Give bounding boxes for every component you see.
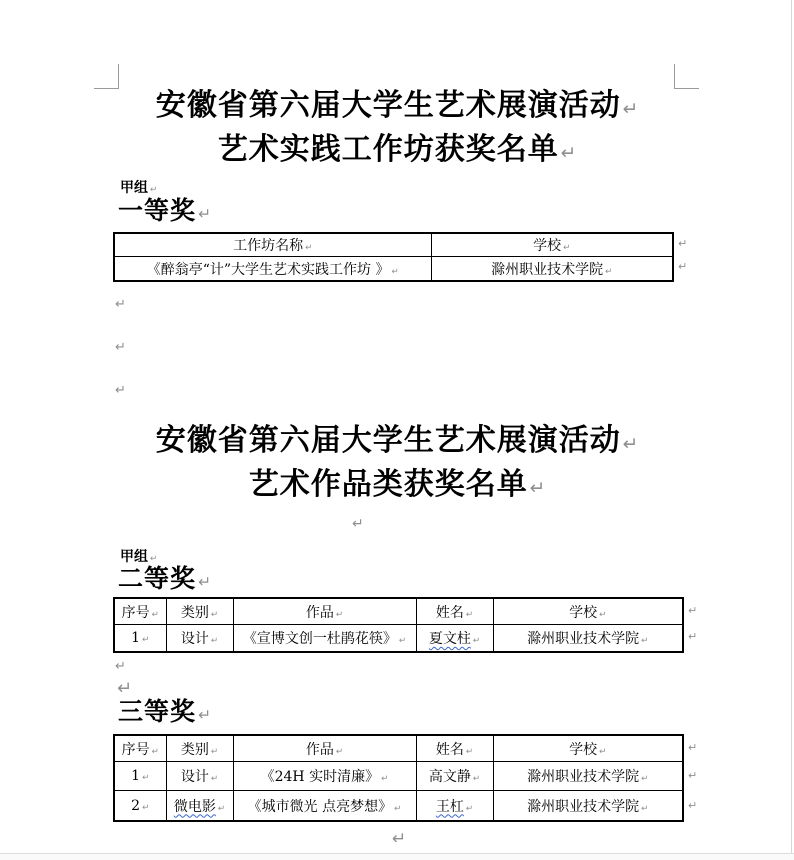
word-document-view: { "doc": { "pilcrow": "↵", "colors": { "…	[0, 0, 794, 860]
cell-text: 类别	[181, 605, 209, 621]
cell-end-mark: ↵	[142, 803, 149, 813]
cell-end-mark: ↵	[563, 243, 570, 253]
cell-end-mark: ↵	[399, 636, 406, 646]
cell-end-mark: ↵	[641, 804, 648, 814]
award-text: 三等奖	[118, 698, 196, 726]
cell-text: 高文静	[429, 769, 471, 785]
paragraph-mark: ↵	[623, 99, 639, 120]
cell-text-spellcheck: 微电影	[174, 799, 216, 815]
empty-paragraph-mark[interactable]: ↵	[352, 516, 364, 532]
header-cell-workshop-name[interactable]: 工作坊名称↵	[114, 233, 431, 257]
cell-end-mark: ↵	[152, 610, 159, 620]
cell-text: 设计	[181, 769, 209, 785]
cell-text-spellcheck: 王杠	[436, 799, 464, 815]
cell-text: 作品	[306, 605, 334, 621]
cell-end-mark: ↵	[466, 610, 473, 620]
cell-text: 学校	[569, 742, 597, 758]
empty-paragraph-mark[interactable]: ↵	[115, 659, 126, 674]
second-prize-heading[interactable]: 二等奖↵	[118, 564, 211, 597]
cell-text-spellcheck: 夏文柱	[429, 631, 471, 647]
cell-category[interactable]: 设计↵	[166, 762, 233, 791]
cell-end-mark: ↵	[152, 747, 159, 757]
cell-category[interactable]: 设计↵	[166, 625, 233, 653]
cell-end-mark: ↵	[142, 773, 149, 783]
empty-paragraph-mark[interactable]: ↵	[115, 297, 126, 312]
third-prize-table: 序号↵ 类别↵ 作品↵ 姓名↵ 学校↵ 1↵ 设计↵ 《24H 实时清廉》↵ 高…	[113, 734, 684, 822]
table-header-row: 工作坊名称↵ 学校↵	[114, 233, 673, 257]
cell-end-mark: ↵	[211, 747, 218, 757]
section1-title-line1[interactable]: 安徽省第六届大学生艺术展演活动↵	[0, 86, 794, 130]
cell-text: 《24H 实时清廉》	[261, 769, 379, 785]
group-text: 甲组	[120, 179, 148, 195]
row-end-mark: ↵	[688, 769, 697, 782]
cell-end-mark: ↵	[142, 635, 149, 645]
cell-text: 作品	[306, 742, 334, 758]
cell-end-mark: ↵	[599, 610, 606, 620]
table-header-row: 序号↵ 类别↵ 作品↵ 姓名↵ 学校↵	[114, 735, 683, 762]
cell-end-mark: ↵	[605, 267, 612, 277]
cell-end-mark: ↵	[473, 636, 480, 646]
cell-text: 1	[131, 630, 140, 646]
cell-text: 姓名	[436, 605, 464, 621]
cell-end-mark: ↵	[211, 610, 218, 620]
section2-title-line2[interactable]: 艺术作品类获奖名单↵	[0, 465, 794, 509]
cell-text: 类别	[181, 742, 209, 758]
cell-text: 姓名	[436, 742, 464, 758]
paragraph-mark: ↵	[198, 706, 211, 724]
cell-text: 工作坊名称	[233, 238, 303, 254]
cell-text: 《宣博文创一杜鹃花筷》	[243, 631, 397, 647]
cell-end-mark: ↵	[305, 243, 312, 253]
cell-text: 滁州职业技术学院	[527, 769, 639, 785]
cell-work[interactable]: 《城市微光 点亮梦想》↵	[233, 791, 416, 822]
row-end-mark: ↵	[678, 237, 687, 250]
header-cell-number[interactable]: 序号↵	[114, 598, 166, 625]
cell-end-mark: ↵	[641, 636, 648, 646]
cell-end-mark: ↵	[473, 774, 480, 784]
header-cell-category[interactable]: 类别↵	[166, 598, 233, 625]
cell-end-mark: ↵	[391, 267, 398, 277]
group-text: 甲组	[120, 548, 148, 564]
section2-title-line1[interactable]: 安徽省第六届大学生艺术展演活动↵	[0, 421, 794, 465]
area-below-page	[0, 854, 794, 860]
cell-text: 2	[131, 798, 140, 814]
row-end-mark: ↵	[678, 260, 687, 273]
cell-work[interactable]: 《24H 实时清廉》↵	[233, 762, 416, 791]
cell-end-mark: ↵	[599, 747, 606, 757]
cell-school[interactable]: 滁州职业技术学院↵	[431, 257, 673, 282]
table-row: 1↵ 设计↵ 《24H 实时清廉》↵ 高文静↵ 滁州职业技术学院↵	[114, 762, 683, 791]
second-prize-table: 序号↵ 类别↵ 作品↵ 姓名↵ 学校↵ 1↵ 设计↵ 《宣博文创一杜鹃花筷》↵ …	[113, 597, 684, 653]
paragraph-mark: ↵	[530, 478, 546, 499]
paragraph-mark: ↵	[561, 143, 577, 164]
title-text: 艺术作品类获奖名单	[249, 467, 528, 502]
cell-end-mark: ↵	[466, 804, 473, 814]
cell-text: 1	[131, 768, 140, 784]
header-cell-work[interactable]: 作品↵	[233, 598, 416, 625]
cell-work[interactable]: 《宣博文创一杜鹃花筷》↵	[233, 625, 416, 653]
paragraph-mark: ↵	[198, 205, 211, 223]
title-text: 安徽省第六届大学生艺术展演活动	[156, 88, 621, 123]
cell-text: 设计	[181, 631, 209, 647]
third-prize-heading[interactable]: 三等奖↵	[118, 697, 211, 730]
table-row: 2↵ 微电影↵ 《城市微光 点亮梦想》↵ 王杠↵ 滁州职业技术学院↵	[114, 791, 683, 822]
cell-number[interactable]: 1↵	[114, 762, 166, 791]
row-end-mark: ↵	[688, 604, 697, 617]
empty-paragraph-mark[interactable]: ↵	[115, 340, 126, 355]
cell-name[interactable]: 王杠↵	[416, 791, 493, 822]
header-cell-school[interactable]: 学校↵	[431, 233, 673, 257]
cell-end-mark: ↵	[641, 774, 648, 784]
cell-end-mark: ↵	[466, 747, 473, 757]
cell-number[interactable]: 1↵	[114, 625, 166, 653]
row-end-mark: ↵	[688, 741, 697, 754]
paragraph-mark: ↵	[150, 554, 157, 564]
table-row: 1↵ 设计↵ 《宣博文创一杜鹃花筷》↵ 夏文柱↵ 滁州职业技术学院↵	[114, 625, 683, 653]
cell-school[interactable]: 滁州职业技术学院↵	[493, 625, 683, 653]
cell-end-mark: ↵	[211, 636, 218, 646]
page-right-edge	[791, 0, 792, 860]
header-cell-work[interactable]: 作品↵	[233, 735, 416, 762]
empty-paragraph-mark[interactable]: ↵	[115, 383, 126, 398]
cell-end-mark: ↵	[336, 747, 343, 757]
cell-name[interactable]: 高文静↵	[416, 762, 493, 791]
cell-text: 滁州职业技术学院	[491, 262, 603, 278]
workshop-award-table: 工作坊名称↵ 学校↵ 《醉翁亭“计”大学生艺术实践工作坊 》↵ 滁州职业技术学院…	[113, 232, 674, 282]
cell-text: 学校	[533, 238, 561, 254]
cell-end-mark: ↵	[394, 804, 401, 814]
header-cell-name[interactable]: 姓名↵	[416, 735, 493, 762]
section1-title-line2[interactable]: 艺术实践工作坊获奖名单↵	[0, 130, 794, 174]
title-text: 安徽省第六届大学生艺术展演活动	[156, 423, 621, 458]
title-text: 艺术实践工作坊获奖名单	[218, 132, 559, 167]
cell-end-mark: ↵	[336, 610, 343, 620]
cell-text: 序号	[122, 742, 150, 758]
cell-workshop-name[interactable]: 《醉翁亭“计”大学生艺术实践工作坊 》↵	[114, 257, 431, 282]
cell-end-mark: ↵	[381, 774, 388, 784]
section1-award-heading[interactable]: 一等奖↵	[118, 196, 211, 229]
cell-text: 《城市微光 点亮梦想》	[248, 799, 392, 815]
cell-end-mark: ↵	[218, 804, 225, 814]
header-cell-name[interactable]: 姓名↵	[416, 598, 493, 625]
cell-text: 滁州职业技术学院	[527, 799, 639, 815]
cell-school[interactable]: 滁州职业技术学院↵	[493, 791, 683, 822]
cell-text: 学校	[569, 605, 597, 621]
cell-school[interactable]: 滁州职业技术学院↵	[493, 762, 683, 791]
cell-text: 《醉翁亭“计”大学生艺术实践工作坊 》	[147, 262, 390, 278]
award-text: 二等奖	[118, 565, 196, 593]
paragraph-mark: ↵	[198, 573, 211, 591]
paragraph-mark: ↵	[623, 434, 639, 455]
header-cell-number[interactable]: 序号↵	[114, 735, 166, 762]
table-row: 《醉翁亭“计”大学生艺术实践工作坊 》↵ 滁州职业技术学院↵	[114, 257, 673, 282]
cell-number[interactable]: 2↵	[114, 791, 166, 822]
cell-name[interactable]: 夏文柱↵	[416, 625, 493, 653]
cell-text: 滁州职业技术学院	[527, 631, 639, 647]
award-text: 一等奖	[118, 197, 196, 225]
row-end-mark: ↵	[688, 799, 697, 812]
empty-paragraph-mark[interactable]: ↵	[392, 829, 406, 849]
header-cell-school[interactable]: 学校↵	[493, 735, 683, 762]
cell-end-mark: ↵	[211, 774, 218, 784]
table-header-row: 序号↵ 类别↵ 作品↵ 姓名↵ 学校↵	[114, 598, 683, 625]
row-end-mark: ↵	[688, 630, 697, 643]
cell-text: 序号	[122, 605, 150, 621]
header-cell-category[interactable]: 类别↵	[166, 735, 233, 762]
empty-paragraph-mark[interactable]: ↵	[117, 678, 132, 699]
paragraph-mark: ↵	[150, 185, 157, 195]
header-cell-school[interactable]: 学校↵	[493, 598, 683, 625]
cell-category[interactable]: 微电影↵	[166, 791, 233, 822]
